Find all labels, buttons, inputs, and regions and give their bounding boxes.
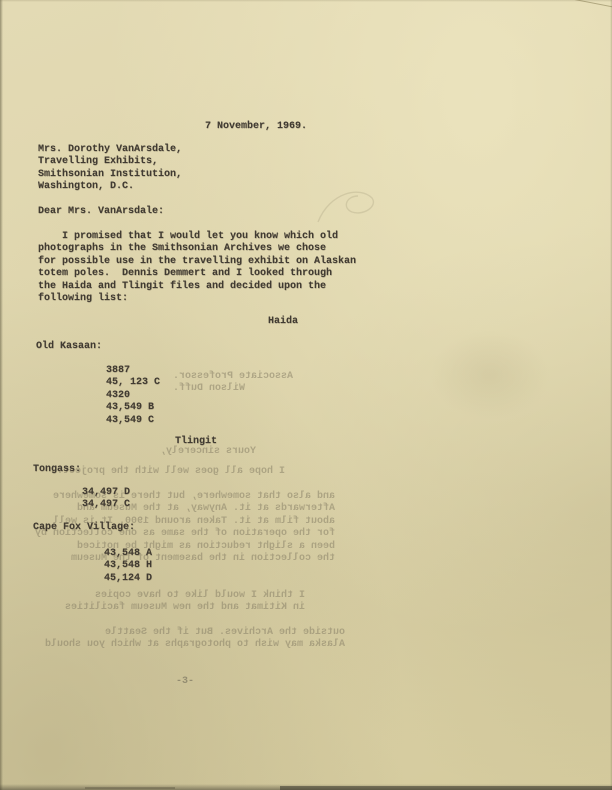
bleedthrough-paragraph: outside the Archives. But if the Seattle… [60,627,345,652]
bleedthrough-paragraph: I think I would like to have copies in K… [35,590,305,615]
paper-stain [60,640,220,720]
scanned-letter-page: Associate Professor. Wilson Duff. Yours … [0,0,612,790]
page-number: -3- [176,676,194,688]
letter-date: 7 November, 1969. [205,121,307,133]
group-label-cape-fox-village: Cape Fox Village: [33,522,135,534]
photo-number-list: 3887 45, 123 C 4320 43,549 B 43,549 C [106,365,160,427]
section-heading-haida: Haida [268,316,298,328]
paper-stain [430,330,550,420]
salutation: Dear Mrs. VanArsdale: [38,206,164,218]
group-label-old-kasaan: Old Kasaan: [36,341,102,353]
photo-number-list: 34,497 D 34,497 C [82,487,130,512]
scan-edge-shadow-bottom [280,786,612,790]
bleedthrough-line: I hope all goes well with the project. [55,466,285,478]
pencil-swirl-mark [312,182,382,234]
scan-edge-shadow-bottom [85,787,175,789]
bleedthrough-signature-block: Associate Professor. Wilson Duff. [173,371,293,396]
letter-body-paragraph: I promised that I would let you know whi… [38,231,356,305]
section-heading-tlingit: Tlingit [175,436,217,448]
scan-edge-shadow-top [0,0,612,2]
scan-edge-shadow-left [0,0,3,790]
photo-number-list: 43,548 A 43,548 H 45,124 D [104,548,152,585]
recipient-address: Mrs. Dorothy VanArsdale, Travelling Exhi… [38,144,182,194]
group-label-tongass: Tongass: [33,464,81,476]
